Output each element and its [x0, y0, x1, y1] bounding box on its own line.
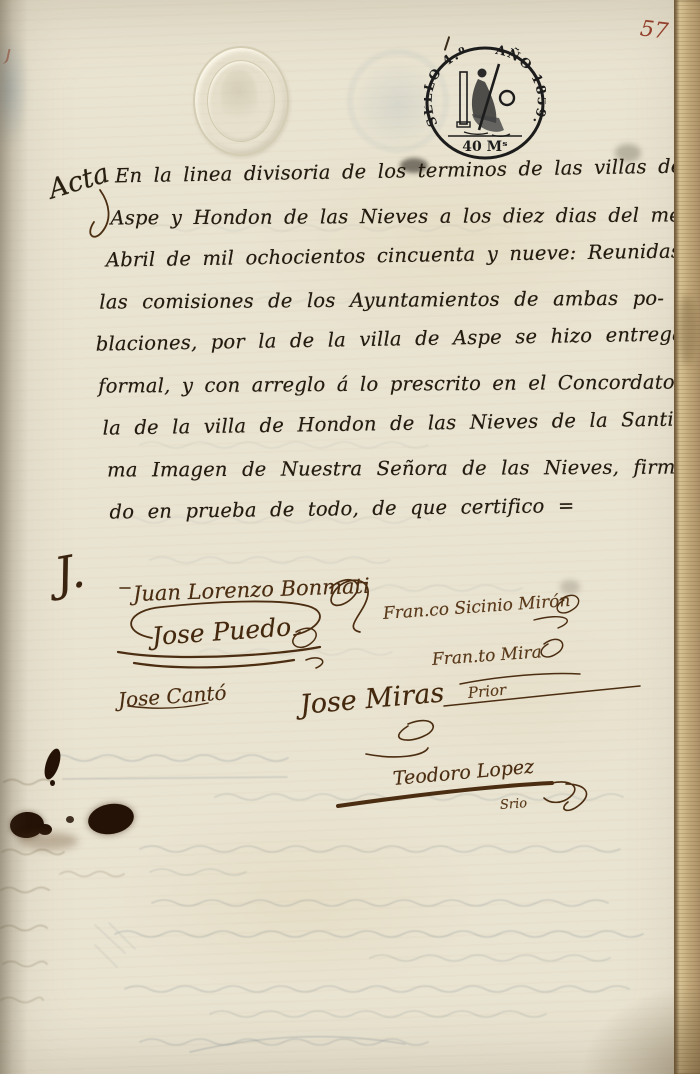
margin-ghost-word — [60, 872, 124, 877]
bleedthrough-line — [48, 755, 288, 761]
bleedthrough-hatch — [95, 923, 135, 967]
fore-edge-blotch — [678, 295, 696, 365]
signature-teodoro-lopez: Teodoro Lopez — [392, 756, 535, 790]
acta-rubric — [90, 190, 108, 237]
handwritten-body: En la linea divisoria de los terminos de… — [0, 0, 698, 1]
body-line-7: la de la villa de Hondon de las Nieves d… — [103, 408, 698, 439]
ink-blot — [50, 780, 55, 786]
bleedthrough-line — [115, 931, 643, 937]
stamp-right-arc-text: AÑO 1859. — [493, 44, 546, 127]
bleedthrough-line — [215, 794, 623, 800]
signature-franco-sicinio-miron: Fran.co Sicinio Mirón — [382, 591, 571, 624]
signature-title-prior: Prior — [467, 681, 507, 702]
column-icon — [460, 72, 467, 124]
embossed-seal — [193, 46, 289, 156]
bleedthrough-line — [150, 869, 246, 875]
puedo-underline-flourish — [118, 647, 320, 667]
body-line-9: do en prueba de todo, de que certifico = — [109, 495, 574, 523]
bleedthrough-line — [125, 986, 629, 992]
tax-stamp: SELLO 4.º AÑO 1859. 40 Mˢ — [424, 44, 546, 162]
bleedthrough-line — [152, 900, 608, 906]
wreath-icon — [500, 91, 514, 105]
notary-paraph: J. — [50, 543, 88, 601]
corner-shadow — [580, 984, 700, 1074]
seated-allegory-figure — [457, 64, 514, 136]
bleedthrough-line — [210, 1011, 546, 1017]
book-fore-edge — [674, 0, 700, 1074]
body-line-8: ma Imagen de Nuestra Señora de las Nieve… — [107, 456, 700, 481]
signature-title-secretario: Srio — [499, 796, 527, 813]
ink-blot — [66, 816, 74, 823]
figure-drapery — [472, 114, 504, 132]
signature-jose-canto: Jose Cantó — [117, 680, 227, 712]
mira-rubric — [541, 639, 562, 657]
body-line-6: formal, y con arreglo á lo prescrito en … — [98, 371, 698, 397]
bleedthrough-rule — [63, 777, 287, 779]
bleedthrough-line — [370, 955, 610, 961]
margin-annotation-acta: Acta — [45, 160, 112, 204]
bleedthrough-line — [140, 846, 620, 852]
stamp-denomination: 40 Mˢ — [462, 139, 507, 155]
signature-juan-lorenzo-bonmati: Juan Lorenzo Bonmati — [133, 574, 371, 606]
body-line-2: Aspe y Hondon de las Nieves a los diez d… — [110, 204, 700, 229]
figure-head — [478, 69, 487, 78]
binding-gutter-shadow — [0, 0, 28, 1074]
bleedthrough-arc — [190, 1037, 405, 1052]
lopez-end-loop — [544, 782, 587, 810]
body-line-5: blaciones, por la de la villa de Aspe se… — [96, 323, 684, 355]
body-line-1: En la linea divisoria de los terminos de… — [115, 156, 683, 187]
bleedthrough-line — [140, 1039, 428, 1045]
body-line-4: las comisiones de los Ayuntamientos de a… — [99, 288, 664, 313]
body-line-3: Abril de mil ochocientos cincuenta y nue… — [106, 240, 681, 270]
miras-rubric — [366, 721, 433, 757]
signature-franto-mira: Fran.to Mira — [431, 642, 542, 670]
embossed-seal-crown — [221, 70, 257, 128]
stamp-left-arc-text: SELLO 4.º — [424, 45, 469, 129]
ink-blot — [86, 800, 137, 838]
puedo-end-loops — [293, 628, 323, 668]
folio-number: 57 — [639, 18, 669, 43]
bleedthrough-line — [200, 649, 392, 655]
manuscript-page: SELLO 4.º AÑO 1859. 40 Mˢ 57 Acta En la … — [0, 0, 700, 1074]
ink-blot — [41, 747, 63, 781]
bleedthrough-line — [140, 442, 428, 448]
signature-jose-miras: Jose Miras — [299, 677, 446, 720]
signature-jose-puedo: Jose Puedo — [151, 612, 292, 651]
bleedthrough-line — [150, 557, 390, 563]
